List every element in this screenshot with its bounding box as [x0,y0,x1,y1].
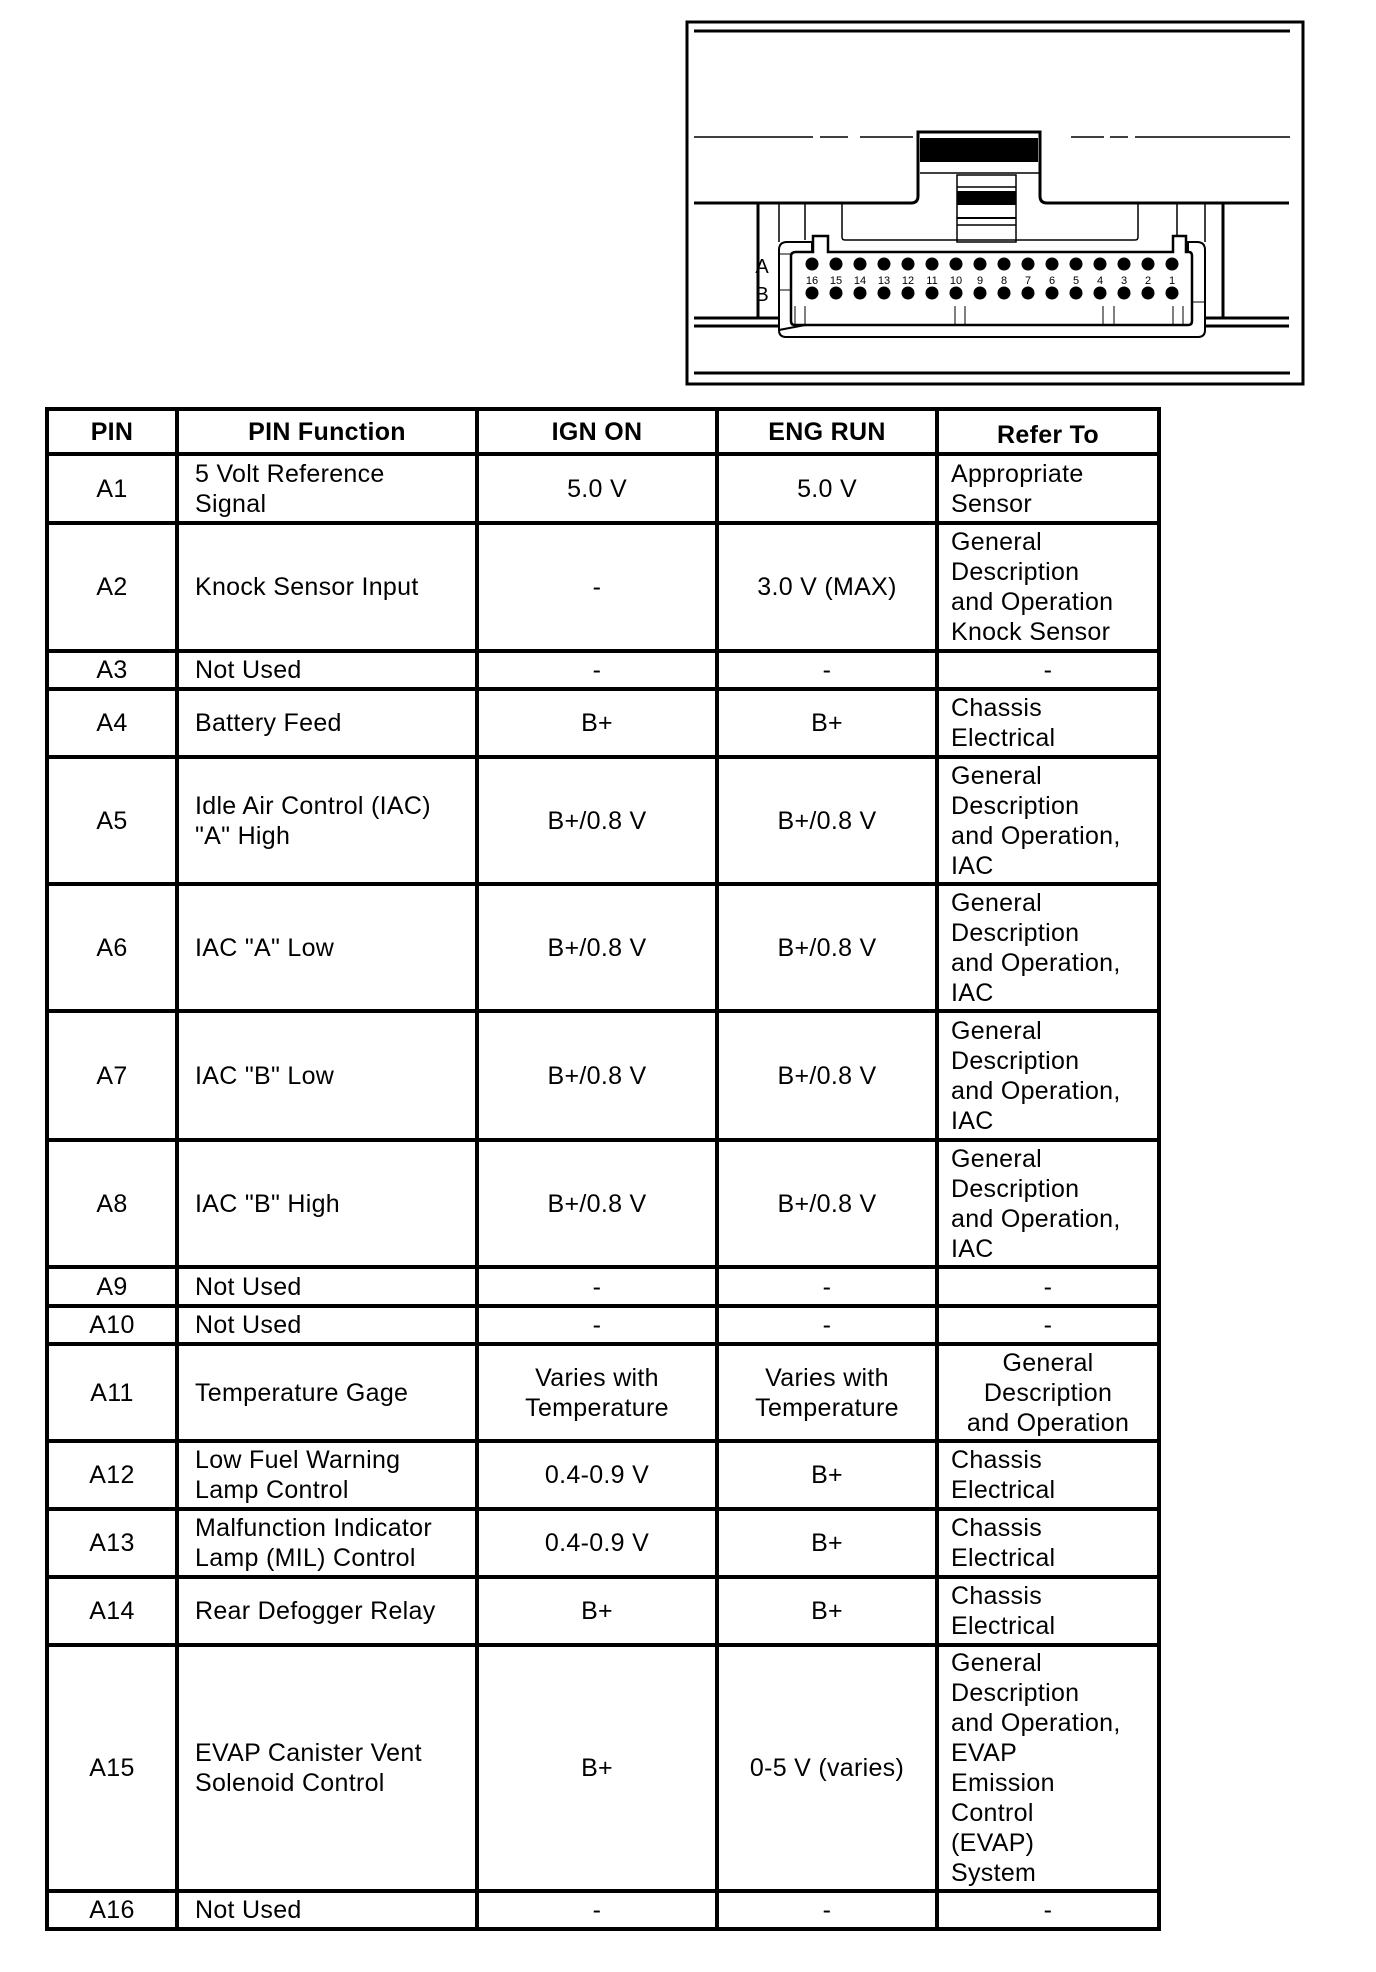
eng-run-cell-line: - [719,1310,935,1340]
refer-to-cell-line: Description [951,1174,1157,1204]
pin-cavity-a9 [974,258,987,271]
pin-id-cell: A15 [47,1645,177,1891]
pin-function-cell-line: Battery Feed [195,708,475,738]
refer-to-cell-line: Appropriate [951,459,1157,489]
table-row: A2Knock Sensor Input-3.0 V (MAX)GeneralD… [47,523,1159,651]
ign-on-cell: B+/0.8 V [477,1011,717,1140]
refer-to-cell-line: Description [939,1378,1157,1408]
eng-run-cell: B+ [717,1509,937,1577]
ign-on-cell-line: - [479,1272,715,1302]
eng-run-cell-line: B+ [719,708,935,738]
pin-cavity-b12 [902,287,915,300]
ign-on-cell-line: B+/0.8 V [479,1061,715,1091]
pin-function-cell-line: Rear Defogger Relay [195,1596,475,1626]
ign-on-cell-line: - [479,572,715,602]
refer-to-cell-line: Description [951,1678,1157,1708]
refer-to-cell-line: IAC [951,851,1157,881]
refer-to-cell-line: and Operation, [951,1076,1157,1106]
refer-to-cell: AppropriateSensor [937,454,1159,523]
table-row: A8IAC "B" HighB+/0.8 VB+/0.8 VGeneralDes… [47,1140,1159,1267]
eng-run-cell: 5.0 V [717,454,937,523]
eng-run-cell-line: B+ [719,1460,935,1490]
eng-run-cell-line: B+ [719,1596,935,1626]
ign-on-cell-line: - [479,1895,715,1925]
refer-to-cell: - [937,1306,1159,1344]
ign-on-cell: 0.4-0.9 V [477,1441,717,1509]
refer-to-cell-line: and Operation, [951,1708,1157,1738]
refer-to-cell-line: Sensor [951,489,1157,519]
refer-to-cell-line: - [939,1310,1157,1340]
pin-number-label: 4 [1097,275,1103,287]
ign-on-cell: - [477,1306,717,1344]
pin-function-cell-line: Not Used [195,1272,475,1302]
ign-on-cell: - [477,1891,717,1929]
pin-function-cell: IAC "A" Low [177,884,477,1011]
pin-number-label: 6 [1049,275,1055,287]
ign-on-cell-line: B+/0.8 V [479,1189,715,1219]
pin-id-cell: A4 [47,689,177,757]
pin-number-label: 2 [1145,275,1151,287]
pin-id-cell: A5 [47,757,177,884]
refer-to-cell-line: Chassis [951,1445,1157,1475]
table-row: A3Not Used--- [47,651,1159,689]
pin-cavity-b2 [1142,287,1155,300]
pin-number-label: 7 [1025,275,1031,287]
refer-to-cell: ChassisElectrical [937,1509,1159,1577]
eng-run-cell: B+/0.8 V [717,757,937,884]
pin-function-cell: IAC "B" High [177,1140,477,1267]
pin-function-cell: EVAP Canister VentSolenoid Control [177,1645,477,1891]
pin-function-cell: IAC "B" Low [177,1011,477,1140]
refer-to-cell: GeneralDescriptionand Operation,EVAPEmis… [937,1645,1159,1891]
pin-function-cell-line: Not Used [195,1895,475,1925]
eng-run-cell-line: B+/0.8 V [719,806,935,836]
pin-function-cell-line: Low Fuel Warning [195,1445,475,1475]
pin-cavity-a14 [854,258,867,271]
ign-on-cell: B+ [477,1577,717,1645]
eng-run-cell-line: Temperature [719,1393,935,1423]
refer-to-cell-line: (EVAP) [951,1828,1157,1858]
eng-run-cell-line: B+ [719,1528,935,1558]
pin-cavity-b14 [854,287,867,300]
refer-to-cell: GeneralDescriptionand OperationKnock Sen… [937,523,1159,651]
ign-on-cell: B+/0.8 V [477,1140,717,1267]
refer-to-cell-line: IAC [951,1106,1157,1136]
refer-to-cell-line: Description [951,791,1157,821]
pin-id-cell: A7 [47,1011,177,1140]
ign-on-cell: Varies withTemperature [477,1344,717,1441]
ign-on-cell: B+ [477,689,717,757]
refer-to-cell-line: - [939,655,1157,685]
pin-cavity-b8 [998,287,1011,300]
pin-id-cell: A9 [47,1267,177,1306]
pin-id-cell: A11 [47,1344,177,1441]
eng-run-cell-line: B+/0.8 V [719,1061,935,1091]
pin-cavity-b15 [830,287,843,300]
eng-run-cell-line: 3.0 V (MAX) [719,572,935,602]
pin-function-cell-line: Not Used [195,1310,475,1340]
ign-on-cell-line: - [479,655,715,685]
pin-number-label: 8 [1001,275,1007,287]
refer-to-cell-line: IAC [951,1234,1157,1264]
refer-to-cell-line: - [939,1895,1157,1925]
refer-to-cell-line: General [951,527,1157,557]
row-label-a: A [755,256,769,278]
refer-to-cell-line: Chassis [951,693,1157,723]
eng-run-cell: B+ [717,1441,937,1509]
refer-to-cell-line: - [939,1272,1157,1302]
header-ign-on: IGN ON [477,409,717,454]
pin-function-table: PIN PIN Function IGN ON ENG RUN Refer To… [45,407,1161,1931]
refer-to-cell-line: General [951,761,1157,791]
pin-cavity-a7 [1022,258,1035,271]
pin-number-label: 5 [1073,275,1079,287]
pin-function-cell: Battery Feed [177,689,477,757]
ign-on-cell-line: B+ [479,1753,715,1783]
ign-on-cell-line: B+/0.8 V [479,806,715,836]
eng-run-cell-line: 5.0 V [719,474,935,504]
connector-end-view-diagram: A B 16151413121110987654321 [0,0,1376,400]
pin-function-cell-line: IAC "B" High [195,1189,475,1219]
pin-function-cell-line: 5 Volt Reference [195,459,475,489]
ign-on-cell: 0.4-0.9 V [477,1509,717,1577]
eng-run-cell-line: Varies with [719,1363,935,1393]
pin-cavity-a15 [830,258,843,271]
pin-cavity-b6 [1046,287,1059,300]
refer-to-cell: - [937,1267,1159,1306]
pin-function-cell-line: EVAP Canister Vent [195,1738,475,1768]
pin-function-cell: Temperature Gage [177,1344,477,1441]
pin-number-label: 9 [977,275,983,287]
refer-to-cell-line: General [939,1348,1157,1378]
refer-to-cell-line: Chassis [951,1513,1157,1543]
pin-id-cell: A8 [47,1140,177,1267]
ign-on-cell: B+ [477,1645,717,1891]
pin-id-cell: A10 [47,1306,177,1344]
pin-function-cell: Idle Air Control (IAC)"A" High [177,757,477,884]
pin-function-cell-line: Idle Air Control (IAC) [195,791,475,821]
eng-run-cell-line: - [719,655,935,685]
refer-to-cell-line: EVAP [951,1738,1157,1768]
pin-function-cell-line: Lamp (MIL) Control [195,1543,475,1573]
pin-cavity-b16 [806,287,819,300]
eng-run-cell-line: - [719,1895,935,1925]
pin-number-label: 1 [1169,275,1175,287]
eng-run-cell: - [717,1267,937,1306]
pin-function-cell: Not Used [177,1306,477,1344]
pin-cavity-b13 [878,287,891,300]
eng-run-cell: B+/0.8 V [717,1011,937,1140]
table-row: A15 Volt ReferenceSignal5.0 V5.0 VApprop… [47,454,1159,523]
pin-function-cell-line: IAC "A" Low [195,933,475,963]
pin-cavity-b9 [974,287,987,300]
header-refer-to: Refer To [937,409,1159,454]
pin-cavity-b1 [1166,287,1179,300]
pin-number-label: 13 [878,275,890,287]
pin-number-label: 12 [902,275,914,287]
eng-run-cell: B+/0.8 V [717,1140,937,1267]
refer-to-cell: ChassisElectrical [937,689,1159,757]
pin-cavity-a2 [1142,258,1155,271]
header-pin: PIN [47,409,177,454]
pin-number-label: 15 [830,275,842,287]
eng-run-cell: B+/0.8 V [717,884,937,1011]
refer-to-cell-line: Electrical [951,723,1157,753]
refer-to-cell: GeneralDescriptionand Operation [937,1344,1159,1441]
pin-number-label: 11 [926,275,937,287]
eng-run-cell: - [717,1306,937,1344]
refer-to-cell: ChassisElectrical [937,1441,1159,1509]
header-pin-function: PIN Function [177,409,477,454]
eng-run-cell: B+ [717,1577,937,1645]
refer-to-cell-line: Description [951,1046,1157,1076]
ign-on-cell: 5.0 V [477,454,717,523]
table-row: A10Not Used--- [47,1306,1159,1344]
pin-function-cell: Rear Defogger Relay [177,1577,477,1645]
ign-on-cell-line: - [479,1310,715,1340]
refer-to-cell-line: General [951,1648,1157,1678]
table-row: A16Not Used--- [47,1891,1159,1929]
eng-run-cell: - [717,651,937,689]
pin-function-cell-line: Signal [195,489,475,519]
pin-function-cell: Not Used [177,651,477,689]
table-row: A11Temperature GageVaries withTemperatur… [47,1344,1159,1441]
pin-cavity-a12 [902,258,915,271]
pin-id-cell: A12 [47,1441,177,1509]
ign-on-cell: - [477,651,717,689]
pin-function-cell-line: Lamp Control [195,1475,475,1505]
table-row: A4Battery FeedB+B+ChassisElectrical [47,689,1159,757]
pin-number-label: 3 [1121,275,1127,287]
pin-cavity-a13 [878,258,891,271]
table-row: A5Idle Air Control (IAC)"A" HighB+/0.8 V… [47,757,1159,884]
pin-id-cell: A1 [47,454,177,523]
ign-on-cell-line: 0.4-0.9 V [479,1460,715,1490]
eng-run-cell: Varies withTemperature [717,1344,937,1441]
pin-cavity-b11 [926,287,939,300]
ign-on-cell-line: B+/0.8 V [479,933,715,963]
pin-id-cell: A6 [47,884,177,1011]
refer-to-cell: GeneralDescriptionand Operation,IAC [937,884,1159,1011]
ign-on-cell-line: 5.0 V [479,474,715,504]
refer-to-cell-line: Description [951,557,1157,587]
refer-to-cell-line: Electrical [951,1475,1157,1505]
refer-to-cell-line: Chassis [951,1581,1157,1611]
refer-to-cell-line: IAC [951,978,1157,1008]
refer-to-cell-line: Emission [951,1768,1157,1798]
table-body: A15 Volt ReferenceSignal5.0 V5.0 VApprop… [47,454,1159,1929]
pin-id-cell: A3 [47,651,177,689]
pin-cavity-a4 [1094,258,1107,271]
pin-cavity-a3 [1118,258,1131,271]
pin-cavity-b4 [1094,287,1107,300]
ign-on-cell: - [477,523,717,651]
pin-function-cell-line: Knock Sensor Input [195,572,475,602]
pin-cavity-a6 [1046,258,1059,271]
pin-function-cell-line: Solenoid Control [195,1768,475,1798]
ign-on-cell-line: B+ [479,1596,715,1626]
pin-function-cell-line: Not Used [195,655,475,685]
ign-on-cell-line: Varies with [479,1363,715,1393]
refer-to-cell-line: and Operation, [951,821,1157,851]
pin-id-cell: A2 [47,523,177,651]
ign-on-cell-line: B+ [479,708,715,738]
pin-cavity-a10 [950,258,963,271]
eng-run-cell-line: 0-5 V (varies) [719,1753,935,1783]
pin-cavity-a5 [1070,258,1083,271]
pin-cavity-b5 [1070,287,1083,300]
refer-to-cell-line: Knock Sensor [951,617,1157,647]
refer-to-cell-line: General [951,888,1157,918]
pin-id-cell: A14 [47,1577,177,1645]
pin-number-label: 16 [806,275,818,287]
refer-to-cell: GeneralDescriptionand Operation,IAC [937,1011,1159,1140]
pin-cavity-b7 [1022,287,1035,300]
ign-on-cell-line: 0.4-0.9 V [479,1528,715,1558]
pin-number-label: 14 [854,275,866,287]
pin-cavity-b3 [1118,287,1131,300]
pin-function-cell: Knock Sensor Input [177,523,477,651]
eng-run-cell: 0-5 V (varies) [717,1645,937,1891]
row-label-b: B [755,284,768,306]
table-row: A6IAC "A" LowB+/0.8 VB+/0.8 VGeneralDesc… [47,884,1159,1011]
refer-to-cell: - [937,651,1159,689]
pin-function-cell: Not Used [177,1891,477,1929]
refer-to-cell-line: General [951,1016,1157,1046]
table-row: A13Malfunction IndicatorLamp (MIL) Contr… [47,1509,1159,1577]
refer-to-cell-line: General [951,1144,1157,1174]
pin-function-cell: Not Used [177,1267,477,1306]
ign-on-cell: B+/0.8 V [477,884,717,1011]
refer-to-cell-line: Description [951,918,1157,948]
pin-function-cell-line: Malfunction Indicator [195,1513,475,1543]
pin-function-cell-line: "A" High [195,821,475,851]
refer-to-cell: ChassisElectrical [937,1577,1159,1645]
eng-run-cell: - [717,1891,937,1929]
refer-to-cell: GeneralDescriptionand Operation,IAC [937,1140,1159,1267]
table-row: A9Not Used--- [47,1267,1159,1306]
pin-id-cell: A16 [47,1891,177,1929]
header-eng-run: ENG RUN [717,409,937,454]
refer-to-cell-line: and Operation, [951,948,1157,978]
pin-function-cell: 5 Volt ReferenceSignal [177,454,477,523]
ign-on-cell: B+/0.8 V [477,757,717,884]
refer-to-cell: GeneralDescriptionand Operation,IAC [937,757,1159,884]
pin-cavity-a11 [926,258,939,271]
refer-to-cell-line: Control [951,1798,1157,1828]
pin-function-cell: Malfunction IndicatorLamp (MIL) Control [177,1509,477,1577]
refer-to-cell-line: System [951,1858,1157,1888]
eng-run-cell-line: - [719,1272,935,1302]
table-row: A15EVAP Canister VentSolenoid ControlB+0… [47,1645,1159,1891]
pin-function-cell-line: Temperature Gage [195,1378,475,1408]
eng-run-cell-line: B+/0.8 V [719,933,935,963]
eng-run-cell: 3.0 V (MAX) [717,523,937,651]
table-row: A7IAC "B" LowB+/0.8 VB+/0.8 VGeneralDesc… [47,1011,1159,1140]
refer-to-cell-line: Electrical [951,1543,1157,1573]
pin-number-label: 10 [950,275,962,287]
ign-on-cell-line: Temperature [479,1393,715,1423]
refer-to-cell-line: and Operation, [951,1204,1157,1234]
pin-function-cell: Low Fuel WarningLamp Control [177,1441,477,1509]
refer-to-cell-line: and Operation [939,1408,1157,1438]
eng-run-cell-line: B+/0.8 V [719,1189,935,1219]
pin-cavity-a16 [806,258,819,271]
refer-to-cell-line: Electrical [951,1611,1157,1641]
ign-on-cell: - [477,1267,717,1306]
eng-run-cell: B+ [717,689,937,757]
refer-to-cell-line: and Operation [951,587,1157,617]
pin-id-cell: A13 [47,1509,177,1577]
pin-cavity-a8 [998,258,1011,271]
table-header-row: PIN PIN Function IGN ON ENG RUN Refer To [47,409,1159,454]
pin-function-cell-line: IAC "B" Low [195,1061,475,1091]
refer-to-cell: - [937,1891,1159,1929]
table-row: A12Low Fuel WarningLamp Control0.4-0.9 V… [47,1441,1159,1509]
table-row: A14Rear Defogger RelayB+B+ChassisElectri… [47,1577,1159,1645]
pin-cavity-b10 [950,287,963,300]
pin-cavity-a1 [1166,258,1179,271]
